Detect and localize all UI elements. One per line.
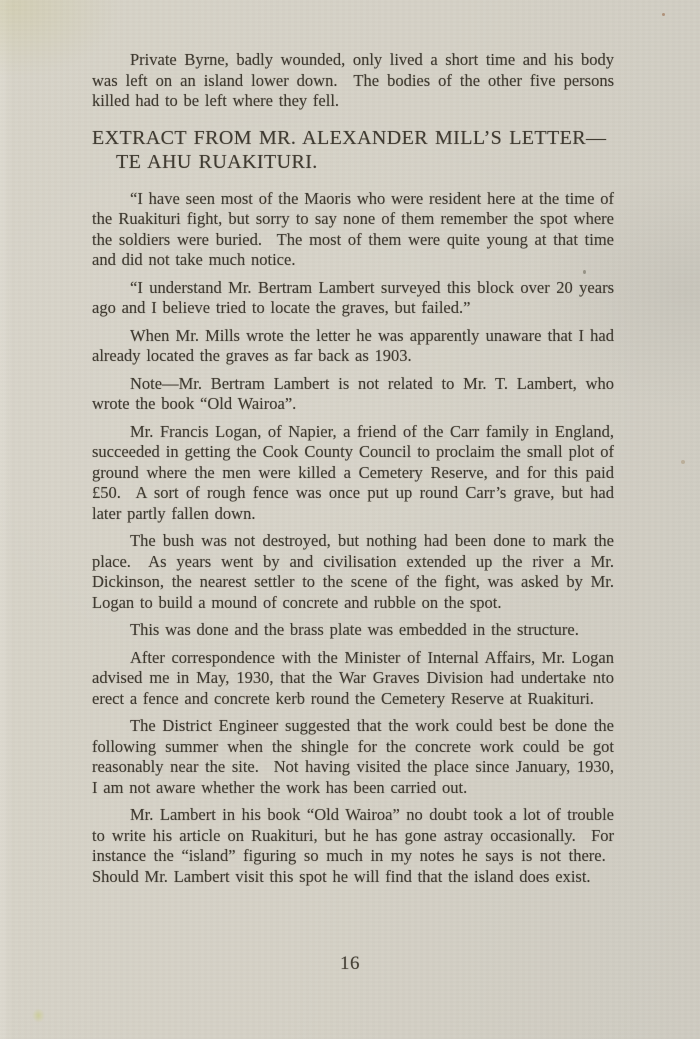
paper-stain [30,1006,47,1025]
page-number: 16 [0,953,700,975]
paragraph-6: The bush was not destroyed, but nothing … [92,531,614,613]
heading-line-1: EXTRACT FROM MR. ALEXANDER MILL’S LETTER… [92,127,606,149]
text-column: Private Byrne, badly wounded, only lived… [92,50,614,894]
paragraph-5: Mr. Francis Logan, of Napier, a friend o… [92,422,614,525]
book-page: Private Byrne, badly wounded, only lived… [0,0,700,1039]
paragraph-10: Mr. Lambert in his book “Old Wairoa” no … [92,805,614,887]
paragraph-3: When Mr. Mills wrote the letter he was a… [92,326,614,367]
paragraph-9: The District Engineer suggested that the… [92,716,614,798]
section-heading: EXTRACT FROM MR. ALEXANDER MILL’S LETTER… [92,126,614,174]
paragraph-8: After correspondence with the Minister o… [92,648,614,710]
paper-speck [662,13,665,16]
paragraph-2: “I understand Mr. Bertram Lambert survey… [92,278,614,319]
paper-speck [583,270,586,274]
paragraph-1: “I have seen most of the Maoris who were… [92,189,614,271]
paper-speck [681,460,685,464]
paragraph-4: Note—Mr. Bertram Lambert is not related … [92,374,614,415]
intro-paragraph: Private Byrne, badly wounded, only lived… [92,50,614,112]
heading-line-2: TE AHU RUAKITURI. [92,151,318,173]
paragraph-7: This was done and the brass plate was em… [92,620,614,641]
